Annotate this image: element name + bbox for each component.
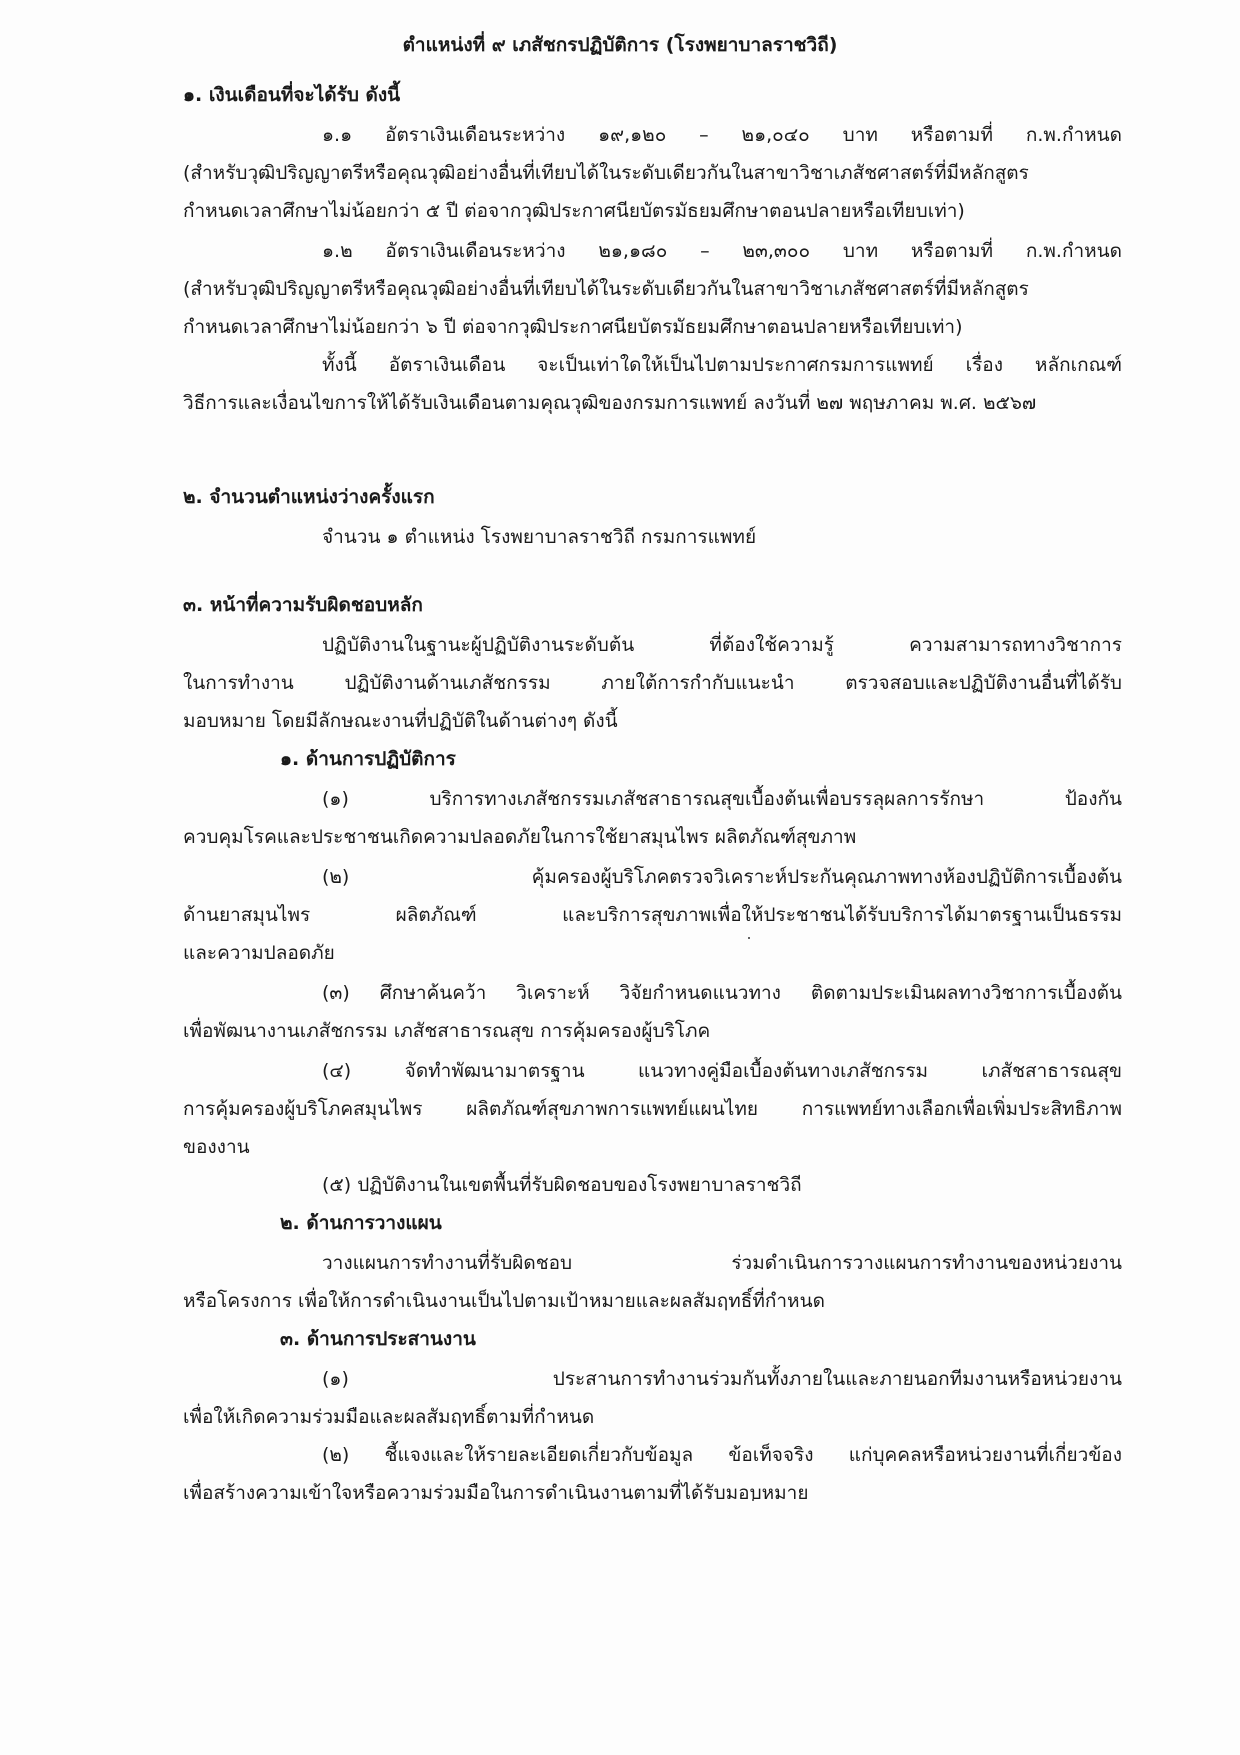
section2-heading: ๒. จำนวนตำแหน่งว่างครั้งแรก bbox=[183, 482, 435, 512]
duties-intro-line-2: ในการทำงาน ปฏิบัติงานด้านเภสัชกรรม ภายใต… bbox=[183, 668, 1122, 698]
coordination-item-1-line-1: (๑) ประสานการทำงานร่วมกันทั้งภายในและภาย… bbox=[322, 1364, 1122, 1394]
document-page: ตำแหน่งที่ ๙ เภสัชกรปฏิบัติการ (โรงพยาบา… bbox=[0, 0, 1240, 1755]
planning-heading: ๒. ด้านการวางแผน bbox=[280, 1208, 442, 1238]
coordination-heading: ๓. ด้านการประสานงาน bbox=[280, 1324, 476, 1354]
duties-intro-line-3: มอบหมาย โดยมีลักษณะงานที่ปฏิบัติในด้านต่… bbox=[183, 706, 618, 736]
salary-rate-2-line: ๑.๒ อัตราเงินเดือนระหว่าง ๒๑,๑๘๐ – ๒๓,๓๐… bbox=[322, 236, 1122, 266]
operations-item-2-line-1: (๒) คุ้มครองผู้บริโภคตรวจวิเคราะห์ประกัน… bbox=[322, 862, 1122, 892]
operations-item-3-line-2: เพื่อพัฒนางานเภสัชกรรม เภสัชสาธารณสุข กา… bbox=[183, 1016, 710, 1046]
salary-rate-1-line: ๑.๑ อัตราเงินเดือนระหว่าง ๑๙,๑๒๐ – ๒๑,๐๔… bbox=[322, 120, 1122, 150]
section3-heading: ๓. หน้าที่ความรับผิดชอบหลัก bbox=[183, 590, 423, 620]
document-title: ตำแหน่งที่ ๙ เภสัชกรปฏิบัติการ (โรงพยาบา… bbox=[0, 30, 1240, 60]
coordination-item-2-line-2: เพื่อสร้างความเข้าใจหรือความร่วมมือในการ… bbox=[183, 1478, 808, 1508]
scan-speck bbox=[748, 937, 750, 939]
operations-item-3-line-1: (๓) ศึกษาค้นคว้า วิเคราะห์ วิจัยกำหนดแนว… bbox=[322, 978, 1122, 1008]
coordination-item-1-line-2: เพื่อให้เกิดความร่วมมือและผลสัมฤทธิ์ตามท… bbox=[183, 1402, 594, 1432]
operations-item-1-line-1: (๑) บริการทางเภสัชกรรมเภสัชสาธารณสุขเบื้… bbox=[322, 784, 1122, 814]
operations-item-5-line-1: (๕) ปฏิบัติงานในเขตพื้นที่รับผิดชอบของโร… bbox=[322, 1170, 802, 1200]
operations-item-2-line-3: และความปลอดภัย bbox=[183, 938, 335, 968]
scan-speck bbox=[752, 1499, 754, 1501]
section1-heading: ๑. เงินเดือนที่จะได้รับ ดังนี้ bbox=[183, 80, 400, 110]
operations-item-4-line-1: (๔) จัดทำพัฒนามาตรฐาน แนวทางคู่มือเบื้อง… bbox=[322, 1056, 1122, 1086]
salary-note-line-2: วิธีการและเงื่อนไขการให้ได้รับเงินเดือนต… bbox=[183, 388, 1036, 418]
salary-rate-1-duration: กำหนดเวลาศึกษาไม่น้อยกว่า ๕ ปี ต่อจากวุฒ… bbox=[183, 196, 965, 226]
operations-item-1-line-2: ควบคุมโรคและประชาชนเกิดความปลอดภัยในการใ… bbox=[183, 822, 856, 852]
operations-item-4-line-3: ของงาน bbox=[183, 1132, 250, 1162]
operations-item-4-line-2: การคุ้มครองผู้บริโภคสมุนไพร ผลิตภัณฑ์สุข… bbox=[183, 1094, 1122, 1124]
planning-line-1: วางแผนการทำงานที่รับผิดชอบ ร่วมดำเนินการ… bbox=[322, 1248, 1122, 1278]
vacancy-count: จำนวน ๑ ตำแหน่ง โรงพยาบาลราชวิถี กรมการแ… bbox=[322, 522, 756, 552]
operations-item-2-line-2: ด้านยาสมุนไพร ผลิตภัณฑ์ และบริการสุขภาพเ… bbox=[183, 900, 1122, 930]
duties-intro-line-1: ปฏิบัติงานในฐานะผู้ปฏิบัติงานระดับต้น ที… bbox=[322, 630, 1122, 660]
salary-rate-2-qualification: (สำหรับวุฒิปริญญาตรีหรือคุณวุฒิอย่างอื่น… bbox=[183, 274, 1122, 304]
salary-rate-2-duration: กำหนดเวลาศึกษาไม่น้อยกว่า ๖ ปี ต่อจากวุฒ… bbox=[183, 312, 963, 342]
salary-rate-1-qualification: (สำหรับวุฒิปริญญาตรีหรือคุณวุฒิอย่างอื่น… bbox=[183, 158, 1122, 188]
salary-note-line-1: ทั้งนี้ อัตราเงินเดือน จะเป็นเท่าใดให้เป… bbox=[322, 350, 1122, 380]
operations-heading: ๑. ด้านการปฏิบัติการ bbox=[280, 744, 456, 774]
planning-line-2: หรือโครงการ เพื่อให้การดำเนินงานเป็นไปตา… bbox=[183, 1286, 825, 1316]
coordination-item-2-line-1: (๒) ชี้แจงและให้รายละเอียดเกี่ยวกับข้อมู… bbox=[322, 1440, 1122, 1470]
